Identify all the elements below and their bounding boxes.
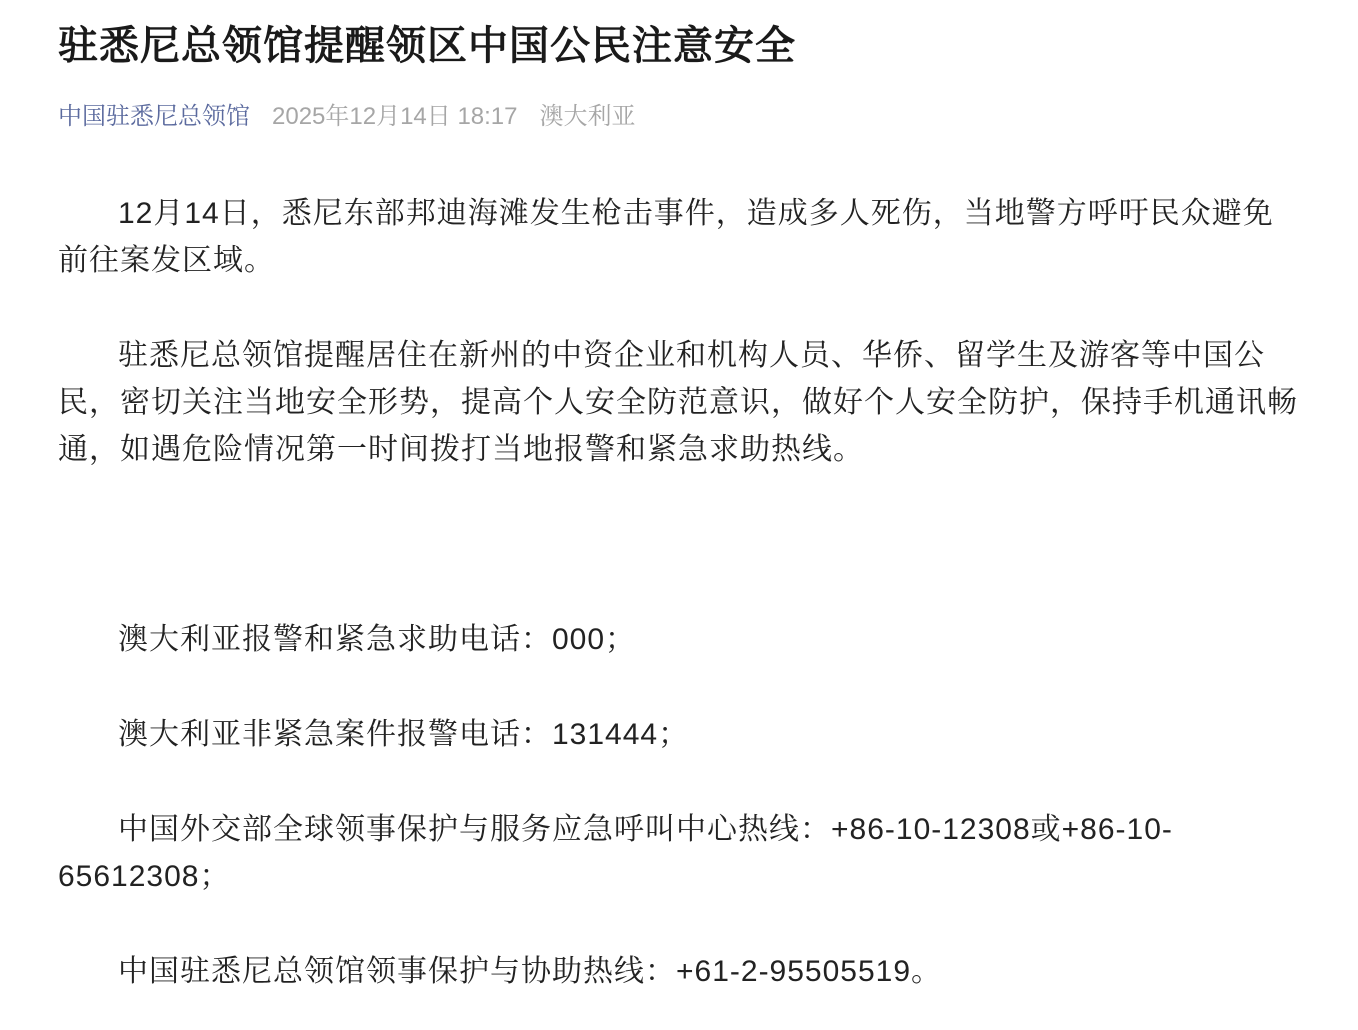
article-paragraph: 12月14日，悉尼东部邦迪海滩发生枪击事件，造成多人死伤，当地警方呼吁民众避免前… [58,190,1300,284]
article-paragraph: 中国外交部全球领事保护与服务应急呼叫中心热线：+86-10-12308或+86-… [58,806,1300,900]
article-paragraph: 驻悉尼总领馆提醒居住在新州的中资企业和机构人员、华侨、留学生及游客等中国公民，密… [58,332,1300,473]
source-link[interactable]: 中国驻悉尼总领馆 [58,102,250,132]
article-title: 驻悉尼总领馆提醒领区中国公民注意安全 [58,20,1300,72]
publish-location: 澳大利亚 [540,102,636,132]
publish-datetime: 2025年12月14日 18:17 [272,102,518,132]
article-body: 12月14日，悉尼东部邦迪海滩发生枪击事件，造成多人死伤，当地警方呼吁民众避免前… [58,190,1300,995]
article-paragraph: 澳大利亚非紧急案件报警电话：131444； [58,711,1300,758]
article-paragraph [58,521,1300,568]
article-paragraph: 澳大利亚报警和紧急求助电话：000； [58,616,1300,663]
article-container: 驻悉尼总领馆提醒领区中国公民注意安全 中国驻悉尼总领馆 2025年12月14日 … [0,0,1358,995]
article-paragraph: 中国驻悉尼总领馆领事保护与协助热线：+61-2-95505519。 [58,948,1300,995]
article-page: 驻悉尼总领馆提醒领区中国公民注意安全 中国驻悉尼总领馆 2025年12月14日 … [0,0,1358,1030]
article-meta: 中国驻悉尼总领馆 2025年12月14日 18:17 澳大利亚 [58,102,1300,132]
